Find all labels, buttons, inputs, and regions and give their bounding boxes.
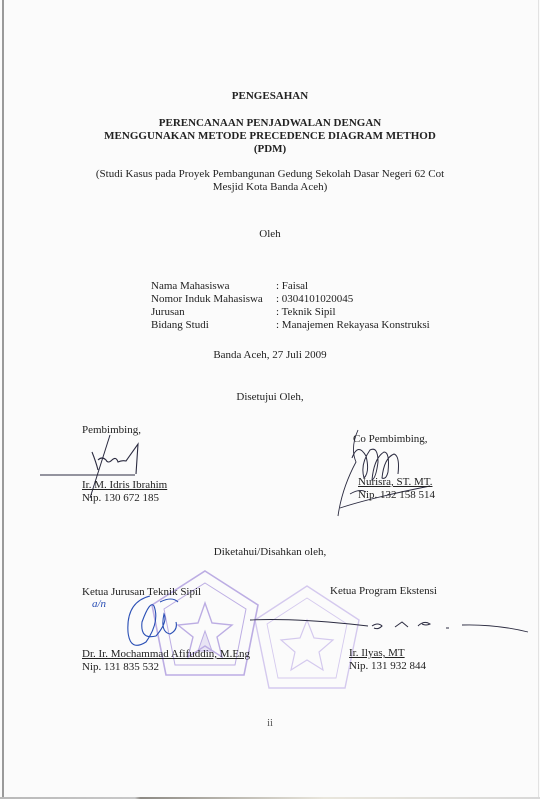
department-head-nip: Nip. 131 835 532 [82,661,159,674]
program-head-signature-icon [250,608,540,638]
university-stamp-icon [245,580,370,705]
co-supervisor-name: Nurisra, ST. MT. [358,476,432,489]
identity-value: : 0304101020045 [276,293,430,306]
faculty-stamp-icon [140,565,270,695]
supervisor-role: Pembimbing, [82,424,141,437]
identity-row: Nama Mahasiswa : Faisal [151,280,430,293]
co-supervisor-role: Co Pembimbing, [353,433,428,446]
program-head-name: Ir. Ilyas, MT [349,647,405,660]
identity-row: Nomor Induk Mahasiswa : 0304101020045 [151,293,430,306]
on-behalf-annotation: a/n [92,598,106,610]
identity-value: : Teknik Sipil [276,306,430,319]
identity-row: Bidang Studi : Manajemen Rekayasa Konstr… [151,319,430,332]
identity-label: Jurusan [151,306,276,319]
thesis-subtitle-line-2: Mesjid Kota Banda Aceh) [0,181,540,194]
thesis-title-line-2: MENGGUNAKAN METODE PRECEDENCE DIAGRAM ME… [0,130,540,143]
co-supervisor-nip: Nip. 132 158 514 [358,489,435,502]
supervisor-nip: Nip. 130 672 185 [82,492,159,505]
thesis-title-line-3: (PDM) [0,143,540,156]
identity-row: Jurusan : Teknik Sipil [151,306,430,319]
identity-label: Nomor Induk Mahasiswa [151,293,276,306]
identity-value: : Faisal [276,280,430,293]
place-date: Banda Aceh, 27 Juli 2009 [0,349,540,362]
identity-label: Nama Mahasiswa [151,280,276,293]
program-head-role: Ketua Program Ekstensi [330,585,437,598]
page-heading: PENGESAHAN [0,90,540,103]
page-number: ii [0,717,540,730]
supervisor-name: Ir. M. Idris Ibrahim [82,479,167,492]
acknowledged-label: Diketahui/Disahkan oleh, [0,546,540,559]
by-label: Oleh [0,228,540,241]
program-head-nip: Nip. 131 932 844 [349,660,426,673]
approved-by-label: Disetujui Oleh, [0,391,540,404]
identity-value: : Manajemen Rekayasa Konstruksi [276,319,430,332]
department-head-name: Dr. Ir. Mochammad Afifuddin, M.Eng [82,648,250,661]
thesis-subtitle-line-1: (Studi Kasus pada Proyek Pembangunan Ged… [0,168,540,181]
student-identity-table: Nama Mahasiswa : Faisal Nomor Induk Maha… [151,280,430,332]
thesis-title-line-1: PERENCANAAN PENJADWALAN DENGAN [0,117,540,130]
identity-label: Bidang Studi [151,319,276,332]
